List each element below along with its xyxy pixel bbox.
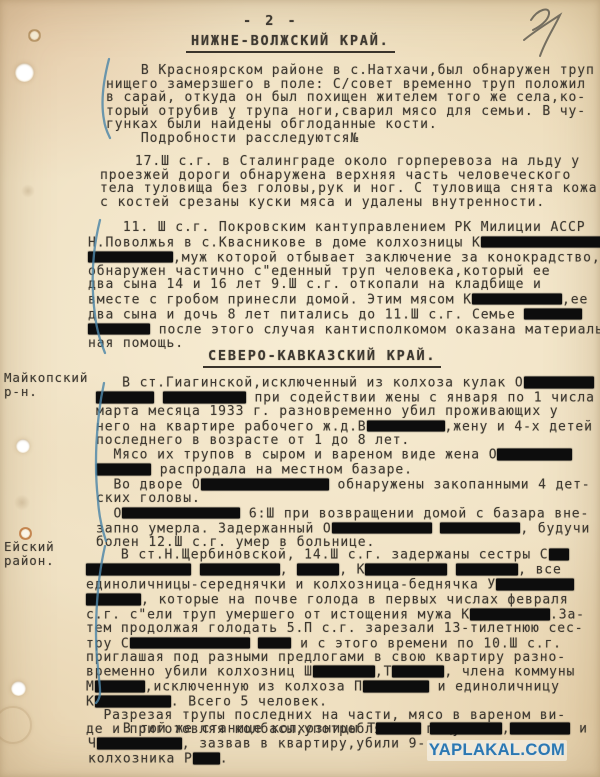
redaction-bar — [549, 549, 569, 561]
typed-text-line: ,муж которой отбывает заключение за коно… — [88, 250, 600, 265]
typed-text-line: с.г. с"ели труп умершего от истощения му… — [86, 607, 585, 622]
redaction-bar — [332, 522, 432, 534]
redaction-bar — [365, 564, 447, 576]
typed-text-line: тру С и с этого времени по 10.Ш с.г. — [86, 636, 585, 651]
typed-text-line: В ст.Н.Щербиновской, 14.Ш с.г. задержаны… — [86, 547, 585, 562]
typed-text-line: марта месяца 1933 г. разновременно убил … — [96, 405, 595, 419]
scanned-document-page: - 2 - НИЖНЕ-ВОЛЖСКИЙ КРАЙ. В Красноярско… — [0, 0, 600, 777]
redaction-bar — [363, 681, 429, 693]
typed-text-line: Мясо их трупов в сыром и вареном виде же… — [96, 447, 595, 462]
paper-blemish — [20, 184, 36, 198]
typed-text-line: в сарай, откуда он был похищен жителем т… — [106, 91, 595, 105]
typed-text-line: с костей срезаны куски мяса и удалены вн… — [100, 196, 597, 210]
handwritten-page-number — [524, 9, 560, 56]
redaction-bar — [163, 392, 246, 404]
typed-text-line: , , К , все — [86, 562, 585, 577]
redaction-bar — [193, 753, 220, 765]
margin-note-maikopsky: Майкопскийр-н. — [4, 371, 88, 398]
redaction-bar — [472, 293, 562, 305]
redaction-bar — [456, 564, 518, 576]
paper-crease-ring — [0, 706, 32, 744]
redaction-bar — [86, 564, 191, 576]
paragraph-giaginskaya: В ст.Гиагинской,исключенный из колхоза к… — [96, 375, 595, 549]
section-title-severo-kavkazsky: СЕВЕРО-КАВКАЗСКИЙ КРАЙ. — [203, 348, 441, 368]
typed-text-line: запно умерла. Задержанный О , будучи — [96, 521, 595, 536]
typed-text-line: последнего в возрасте от 1 до 8 лет. — [96, 434, 595, 448]
redaction-bar — [470, 609, 550, 621]
yaplakal-watermark: YAPLAKAL.COM — [427, 740, 567, 761]
typed-text-line: Подробности расследуются№ — [106, 132, 595, 146]
burn-hole — [19, 527, 32, 540]
redaction-bar — [88, 251, 173, 263]
typed-text-line: обнаружен частично с"еденный труп челове… — [88, 265, 600, 279]
typed-text-line: Во дворе О обнаружены закопанными 4 дет- — [96, 477, 595, 492]
typed-text-line: временно убили колхозниц Ш,Т, члена комм… — [86, 664, 585, 679]
typed-text-line: В той же станице колхозницы Т , и — [88, 721, 588, 736]
redaction-bar — [122, 507, 240, 519]
typed-text-line: приглашая под разными предлогами в свою … — [86, 651, 585, 665]
typed-text-line: вместе с гробом принесли домой. Этим мяс… — [88, 292, 600, 307]
typed-text-line: Ейский — [4, 540, 55, 554]
typed-text-line: два сына и дочь 8 лет питались до 11.Ш с… — [88, 307, 600, 322]
typed-text-line: О 6:Ш при возвращении домой с базара вне… — [96, 506, 595, 521]
paragraph-stalingrad: 17.Ш с.г. в Сталинграде около горперевоз… — [100, 155, 597, 209]
typed-text-line: при содействии жены с января по 1 числа — [96, 390, 595, 405]
typed-text-line: В Красноярском районе в с.Натхачи,был об… — [106, 64, 595, 78]
redaction-bar — [430, 723, 502, 735]
redaction-bar — [97, 738, 182, 750]
redaction-bar — [95, 696, 171, 708]
typed-text-line: нищего замерзшего в поле: С/совет времен… — [106, 78, 595, 92]
redaction-bar — [392, 666, 444, 678]
typed-text-line: после этого случая кантисполкомом оказан… — [88, 322, 600, 337]
redaction-bar — [481, 236, 600, 248]
punch-hole — [16, 439, 30, 453]
paragraph-krasnoyarsk: В Красноярском районе в с.Натхачи,был об… — [106, 64, 595, 145]
punch-hole — [11, 681, 26, 696]
redaction-bar — [86, 594, 141, 606]
typed-text-line: М,исключенную из колхоза П и единоличниц… — [86, 679, 585, 694]
typed-text-line: единоличницы-середнячки и колхозница-бед… — [86, 577, 585, 592]
typed-text-line: р-н. — [4, 385, 88, 399]
typed-text-line: проезжей дороги обнаружена верхняя часть… — [100, 169, 597, 183]
typed-text-line: , которые на почве голода в первых числа… — [86, 592, 585, 607]
typed-text-line: распродала на местном базаре. — [96, 462, 595, 477]
section-title-nizhne-volzhsky: НИЖНЕ-ВОЛЖСКИЙ КРАЙ. — [186, 33, 395, 53]
typed-text-line: 11. Ш с.г. Покровским кантуправлением РК… — [88, 221, 600, 235]
redaction-bar — [258, 637, 291, 649]
redaction-bar — [201, 479, 329, 491]
typed-text-line: В ст.Гиагинской,исключенный из колхоза к… — [96, 375, 595, 390]
redaction-bar — [88, 323, 150, 335]
typed-text-line: два сына 14 и 16 лет 9.Ш с.г. откопали н… — [88, 278, 600, 292]
typed-text-line: ских головы. — [96, 492, 595, 506]
redaction-bar — [524, 308, 582, 320]
page-number: - 2 - — [243, 13, 299, 29]
punch-hole — [15, 63, 34, 82]
typed-text-line: Н.Поволжья в с.Квасникове в доме колхозн… — [88, 235, 600, 250]
redaction-bar — [440, 522, 520, 534]
redaction-bar — [96, 392, 154, 404]
paragraph-shcherbinovskaya: В ст.Н.Щербиновской, 14.Ш с.г. задержаны… — [86, 547, 585, 736]
typed-text-line: торый отрубив у трупа ноги,сварил мясо д… — [106, 105, 595, 119]
redaction-bar — [297, 564, 339, 576]
paragraph-pokrovsk: 11. Ш с.г. Покровским кантуправлением РК… — [88, 221, 600, 350]
redaction-bar — [313, 666, 375, 678]
redaction-bar — [497, 449, 572, 461]
typed-text-line: тем продолжая голодать 5.П с.г. зарезали… — [86, 622, 585, 636]
redaction-bar — [376, 723, 421, 735]
redaction-bar — [510, 723, 570, 735]
margin-note-eisky: Ейскийрайон. — [4, 540, 55, 567]
typed-text-line: него на квартире рабочего ж.д.В,жену и 4… — [96, 419, 595, 434]
redaction-bar — [95, 681, 145, 693]
typed-text-line: 17.Ш с.г. в Сталинграде около горперевоз… — [100, 155, 597, 169]
typed-text-line: К. Всего 5 человек. — [86, 694, 585, 709]
redaction-bar — [200, 564, 280, 576]
typed-text-line: район. — [4, 554, 55, 568]
redaction-bar — [96, 464, 151, 476]
punch-hole — [28, 29, 41, 42]
redaction-bar — [496, 579, 574, 591]
redaction-bar — [130, 637, 250, 649]
typed-text-line: тела туловища без головы,рук и ног. С ту… — [100, 182, 597, 196]
redaction-bar — [367, 420, 445, 432]
typed-text-line: Майкопский — [4, 371, 88, 385]
paper-crease — [13, 494, 31, 511]
typed-text-line: гунках были найдены обглоданные кости. — [106, 118, 595, 132]
redaction-bar — [524, 377, 594, 389]
